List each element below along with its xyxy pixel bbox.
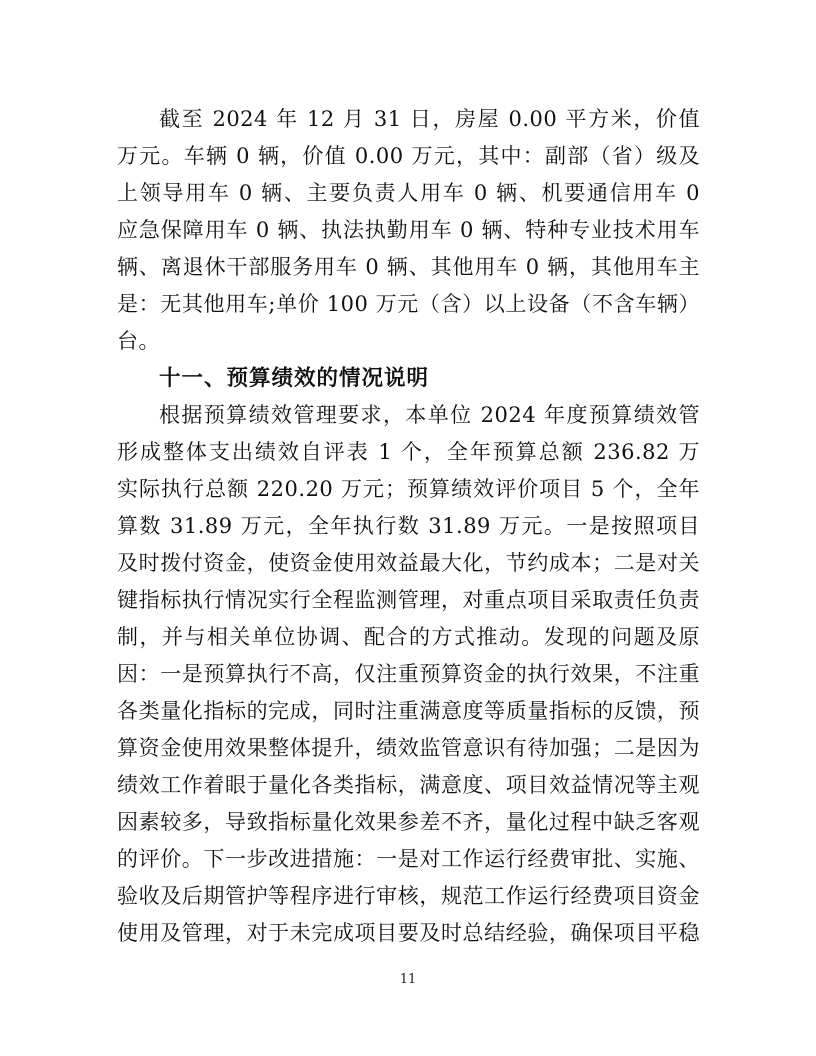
paragraph2-line: 算资金使用效果整体提升，绩效监管意识有待加强；二是因为 — [117, 730, 700, 767]
paragraph2-line: 因：一是预算执行不高，仅注重预算资金的执行效果，不注重 — [117, 656, 700, 693]
paragraph2-line: 使用及管理，对于未完成项目要及时总结经验，确保项目平稳 — [117, 915, 700, 952]
paragraph1-line: 辆、离退休干部服务用车 0 辆、其他用车 0 辆，其他用车主要 — [117, 249, 700, 286]
paragraph2-line: 各类量化指标的完成，同时注重满意度等质量指标的反馈，预 — [117, 693, 700, 730]
paragraph2-line: 验收及后期管护等程序进行审核，规范工作运行经费项目资金 — [117, 878, 700, 915]
document-body: 截至 2024 年 12 月 31 日，房屋 0.00 平方米，价值 0.00 … — [117, 101, 700, 952]
paragraph2-line: 绩效工作着眼于量化各类指标，满意度、项目效益情况等主观 — [117, 767, 700, 804]
paragraph2-line: 制，并与相关单位协调、配合的方式推动。发现的问题及原 — [117, 619, 700, 656]
document-page: 截至 2024 年 12 月 31 日，房屋 0.00 平方米，价值 0.00 … — [0, 0, 816, 1056]
paragraph1-line: 万元。车辆 0 辆，价值 0.00 万元，其中：副部（省）级及以 — [117, 138, 700, 175]
paragraph1-line: 应急保障用车 0 辆、执法执勤用车 0 辆、特种专业技术用车 0 — [117, 212, 700, 249]
paragraph1-line: 截至 2024 年 12 月 31 日，房屋 0.00 平方米，价值 0.00 — [117, 101, 700, 138]
paragraph2-line: 根据预算绩效管理要求，本单位 2024 年度预算绩效管理 — [117, 397, 700, 434]
paragraph1-line: 是：无其他用车;单价 100 万元（含）以上设备（不含车辆）0 — [117, 286, 700, 323]
paragraph2-line: 形成整体支出绩效自评表 1 个，全年预算总额 236.82 万元， — [117, 434, 700, 471]
paragraph2-line: 键指标执行情况实行全程监测管理，对重点项目采取责任负责 — [117, 582, 700, 619]
paragraph2-line: 实际执行总额 220.20 万元；预算绩效评价项目 5 个，全年预 — [117, 471, 700, 508]
paragraph2-line: 的评价。下一步改进措施：一是对工作运行经费审批、实施、 — [117, 841, 700, 878]
paragraph2-line: 算数 31.89 万元，全年执行数 31.89 万元。一是按照项目进度 — [117, 508, 700, 545]
section-heading: 十一、预算绩效的情况说明 — [117, 360, 700, 397]
paragraph1-line: 上领导用车 0 辆、主要负责人用车 0 辆、机要通信用车 0 辆、 — [117, 175, 700, 212]
paragraph2-line: 因素较多，导致指标量化效果参差不齐，量化过程中缺乏客观 — [117, 804, 700, 841]
paragraph1-line: 台。 — [117, 323, 700, 360]
paragraph2-line: 及时拨付资金，使资金使用效益最大化，节约成本；二是对关 — [117, 545, 700, 582]
page-number: 11 — [0, 971, 816, 989]
